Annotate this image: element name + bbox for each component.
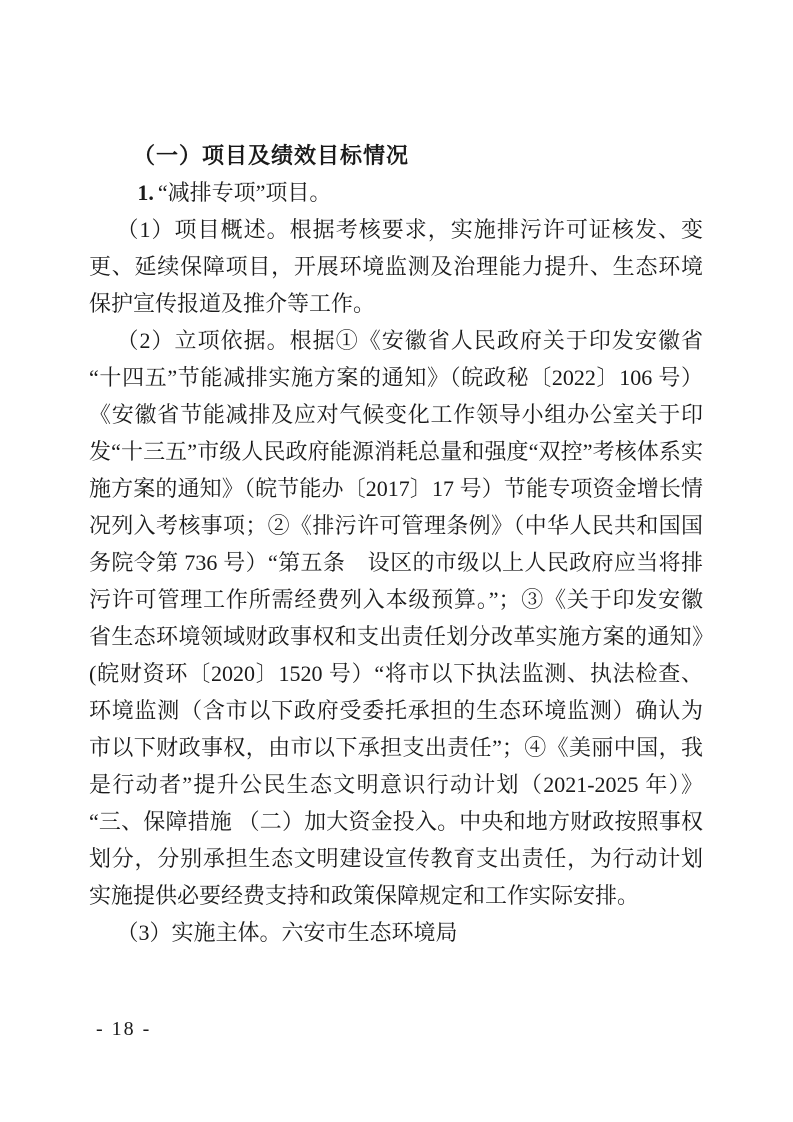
document-page: （一）项目及绩效目标情况 1.“减排专项”项目。 （1）项目概述。根据考核要求，… [0, 0, 793, 1122]
item-number: 1. [137, 180, 154, 205]
page-number: - 18 - [96, 1015, 151, 1043]
paragraph-project-basis: （2）立项依据。根据①《安徽省人民政府关于印发安徽省“十四五”节能减排实施方案的… [89, 322, 703, 914]
paragraph-project-overview: （1）项目概述。根据考核要求，实施排污许可证核发、变更、延续保障项目，开展环境监… [89, 211, 703, 322]
item-title: “减排专项”项目。 [158, 180, 332, 205]
document-body: （一）项目及绩效目标情况 1.“减排专项”项目。 （1）项目概述。根据考核要求，… [89, 137, 703, 951]
section-heading: （一）项目及绩效目标情况 [89, 137, 703, 174]
item-heading: 1.“减排专项”项目。 [89, 174, 703, 211]
paragraph-implementing-body: （3）实施主体。六安市生态环境局 [89, 914, 703, 951]
